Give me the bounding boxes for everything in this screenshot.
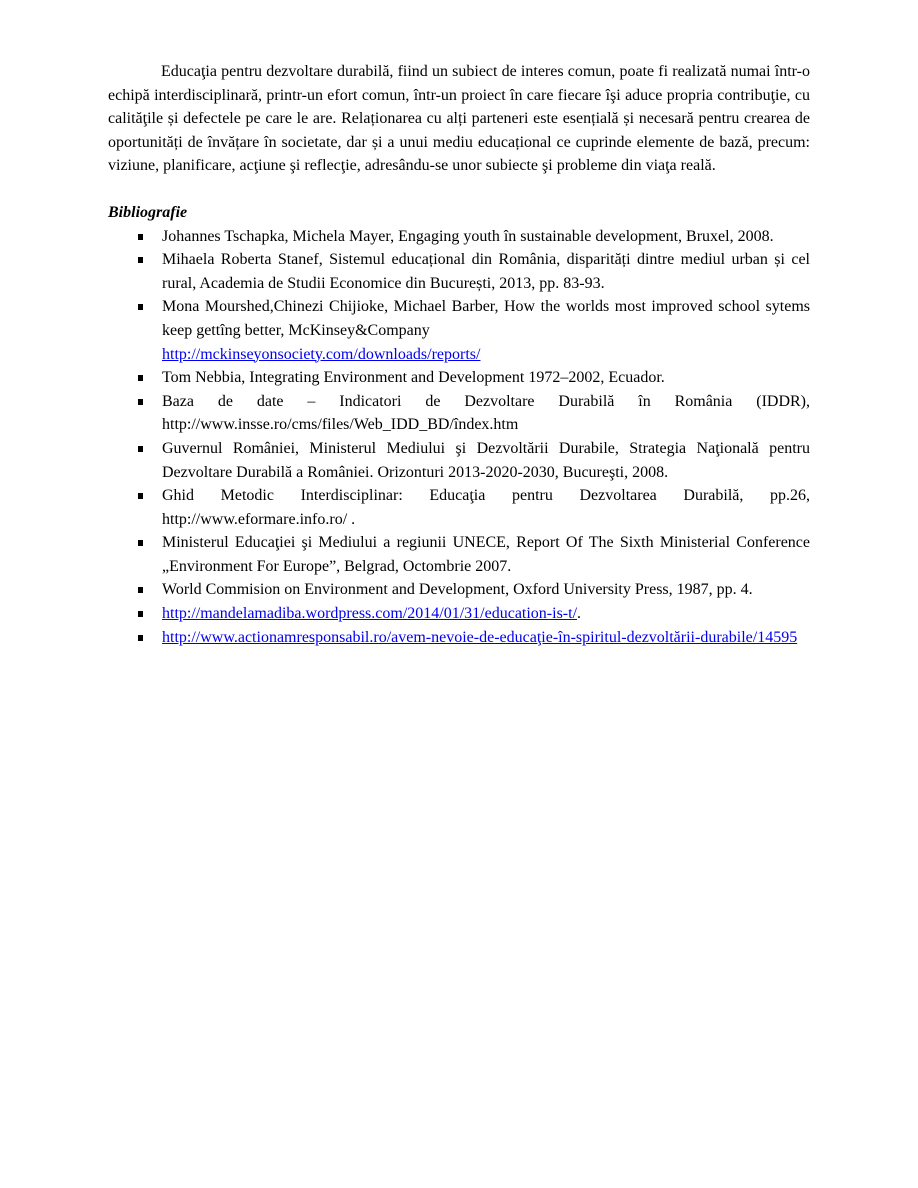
square-bullet-icon bbox=[138, 304, 143, 310]
mandelamadiba-link[interactable]: http://mandelamadiba.wordpress.com/2014/… bbox=[162, 605, 577, 622]
bibliography-item-text: Ministerul Educaţiei şi Mediului a regiu… bbox=[162, 534, 810, 575]
bibliography-item: Baza de date – Indicatori de Dezvoltare … bbox=[108, 390, 810, 437]
bibliography-item: Ghid Metodic Interdisciplinar: Educaţia … bbox=[108, 484, 810, 531]
bibliography-item-text: Guvernul României, Ministerul Mediului ş… bbox=[162, 440, 810, 481]
square-bullet-icon bbox=[138, 446, 143, 452]
bibliography-item-text: Mihaela Roberta Stanef, Sistemul educați… bbox=[162, 251, 810, 292]
bibliography-item: Mihaela Roberta Stanef, Sistemul educați… bbox=[108, 248, 810, 295]
square-bullet-icon bbox=[138, 611, 143, 617]
bibliography-heading: Bibliografie bbox=[108, 201, 810, 225]
square-bullet-icon bbox=[138, 257, 143, 263]
square-bullet-icon bbox=[138, 587, 143, 593]
square-bullet-icon bbox=[138, 399, 143, 405]
link-suffix: . bbox=[577, 605, 581, 622]
document-page: Educaţia pentru dezvoltare durabilă, fii… bbox=[108, 60, 810, 649]
bibliography-item: World Commision on Environment and Devel… bbox=[108, 578, 810, 602]
intro-paragraph: Educaţia pentru dezvoltare durabilă, fii… bbox=[108, 60, 810, 178]
bibliography-item-text: Ghid Metodic Interdisciplinar: Educaţia … bbox=[162, 487, 810, 528]
bibliography-list: Johannes Tschapka, Michela Mayer, Engagi… bbox=[108, 225, 810, 650]
bibliography-item: Tom Nebbia, Integrating Environment and … bbox=[108, 366, 810, 390]
bibliography-item: http://www.actionamresponsabil.ro/avem-n… bbox=[108, 626, 810, 650]
mckinsey-reports-link[interactable]: http://mckinseyonsociety.com/downloads/r… bbox=[162, 346, 480, 363]
bibliography-item: Ministerul Educaţiei şi Mediului a regiu… bbox=[108, 531, 810, 578]
square-bullet-icon bbox=[138, 234, 143, 240]
bibliography-item-text: Tom Nebbia, Integrating Environment and … bbox=[162, 369, 665, 386]
bibliography-item-text: Baza de date – Indicatori de Dezvoltare … bbox=[162, 393, 810, 434]
square-bullet-icon bbox=[138, 375, 143, 381]
bibliography-item-text: World Commision on Environment and Devel… bbox=[162, 581, 753, 598]
bibliography-item-text: Johannes Tschapka, Michela Mayer, Engagi… bbox=[162, 228, 774, 245]
bibliography-item: Johannes Tschapka, Michela Mayer, Engagi… bbox=[108, 225, 810, 249]
bibliography-item: Mona Mourshed,Chinezi Chijioke, Michael … bbox=[108, 295, 810, 366]
bibliography-item: Guvernul României, Ministerul Mediului ş… bbox=[108, 437, 810, 484]
bibliography-item: http://mandelamadiba.wordpress.com/2014/… bbox=[108, 602, 810, 626]
bibliography-item-text: Mona Mourshed,Chinezi Chijioke, Michael … bbox=[162, 298, 810, 339]
square-bullet-icon bbox=[138, 635, 143, 641]
square-bullet-icon bbox=[138, 493, 143, 499]
square-bullet-icon bbox=[138, 540, 143, 546]
actionamresponsabil-link[interactable]: http://www.actionamresponsabil.ro/avem-n… bbox=[162, 629, 797, 646]
